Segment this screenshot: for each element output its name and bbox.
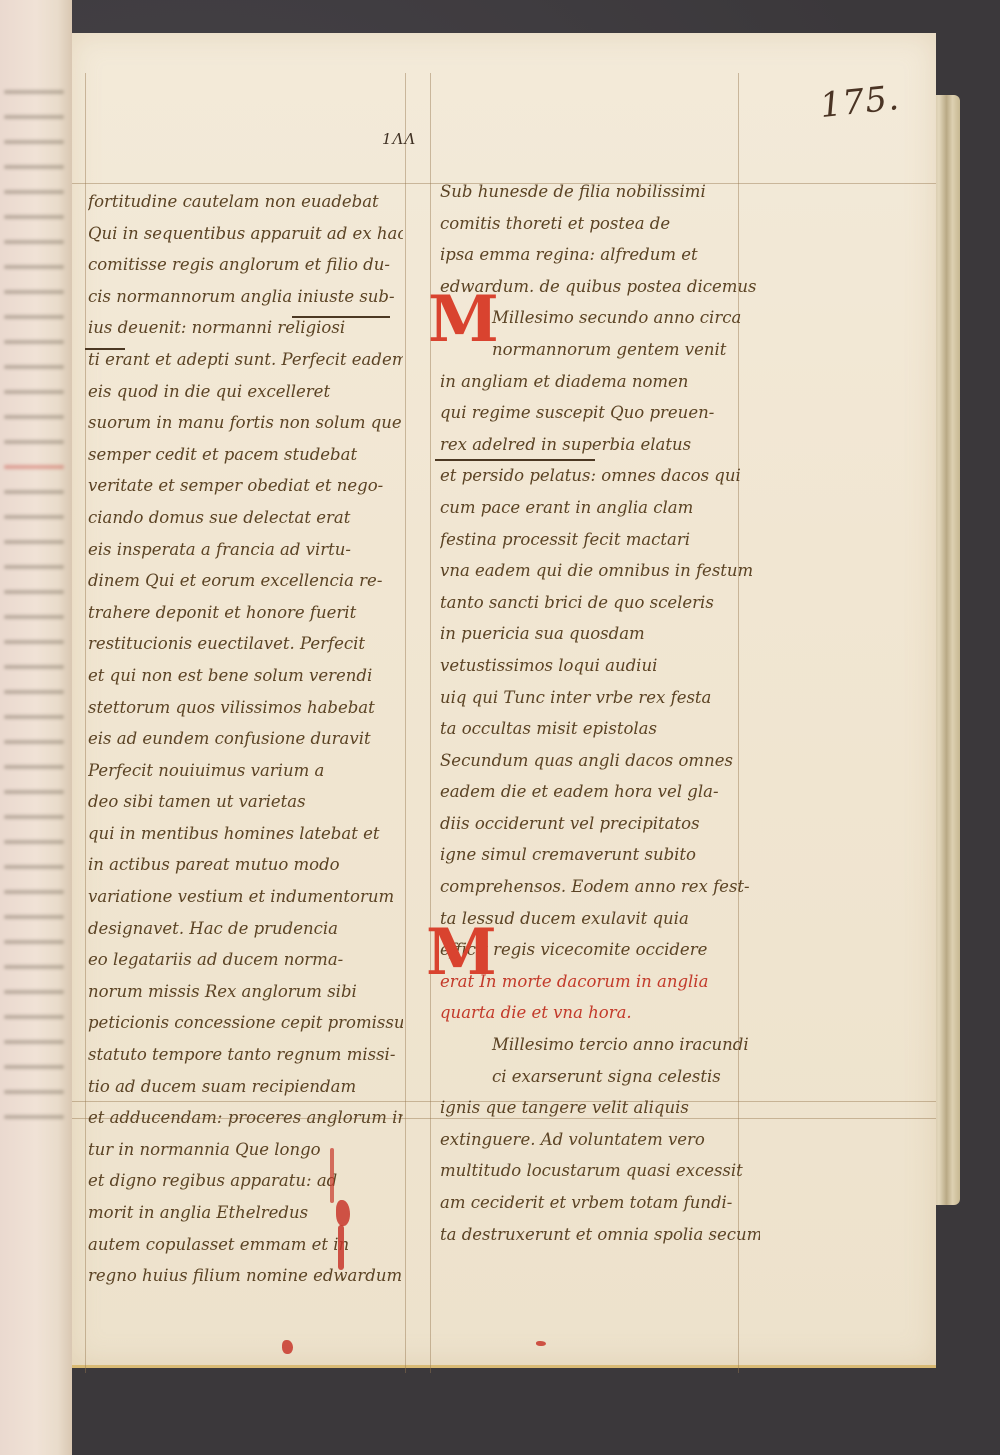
text-line: eadem die et eadem hora vel gla- [440, 776, 760, 808]
text-line: restitucionis euectilavet. Perfecit [88, 628, 403, 660]
red-ink-stain [330, 1148, 334, 1203]
text-line: comprehensos. Eodem anno rex fest- [440, 871, 760, 903]
text-line: uiq qui Tunc inter vrbe rex festa [440, 682, 760, 714]
text-line: vna eadem qui die omnibus in festum [440, 555, 760, 587]
text-line: ci exarserunt signa celestis [440, 1061, 760, 1093]
text-line: in puericia sua quosdam [440, 618, 760, 650]
text-line: autem copulasset emmam et in [88, 1229, 403, 1261]
text-line: ta occultas misit epistolas [440, 713, 760, 745]
text-line: multitudo locustarum quasi excessit [440, 1155, 760, 1187]
text-line: vetustissimos loqui audiui [440, 650, 760, 682]
text-line: ipsa emma regina: alfredum et [440, 239, 760, 271]
text-line: eis ad eundem confusione duravit [88, 723, 403, 755]
text-line: dinem Qui et eorum excellencia re- [88, 565, 403, 597]
text-line: variatione vestium et indumentorum [88, 881, 403, 913]
text-line: tur in normannia Que longo [88, 1134, 403, 1166]
red-ink-stain [282, 1340, 293, 1354]
underline-mark [292, 316, 390, 318]
text-line: comitis thoreti et postea de [440, 208, 760, 240]
text-line: cis normannorum anglia iniuste sub- [88, 281, 403, 313]
text-line: Qui in sequentibus apparuit ad ex hac [88, 218, 403, 250]
text-line: semper cedit et pacem studebat [88, 439, 403, 471]
text-line: designavet. Hac de prudencia [88, 913, 403, 945]
text-line: rex adelred in superbia elatus [440, 429, 760, 461]
text-line: regno huius filium nomine edwardum [88, 1260, 403, 1292]
red-ink-stain [336, 1200, 350, 1226]
text-line: et persido pelatus: omnes dacos qui [440, 460, 760, 492]
text-line: eis insperata a francia ad virtu- [88, 534, 403, 566]
text-line: in actibus pareat mutuo modo [88, 849, 403, 881]
rubric-line: quarta die et vna hora. [440, 997, 760, 1029]
text-line: ignis que tangere velit aliquis [440, 1092, 760, 1124]
facing-page-edge [0, 0, 72, 1455]
decorated-initial-m: M [426, 925, 478, 981]
text-line: tanto sancti brici de quo sceleris [440, 587, 760, 619]
text-line: ti erant et adepti sunt. Perfecit eadem [88, 344, 403, 376]
text-line: diis occiderunt vel precipitatos [440, 808, 760, 840]
text-line: Millesimo tercio anno iracundi [440, 1029, 760, 1061]
underline-mark [435, 459, 595, 461]
text-line: suorum in manu fortis non solum que [88, 407, 403, 439]
text-line: Secundum quas angli dacos omnes [440, 745, 760, 777]
text-line: tio ad ducem suam recipiendam [88, 1071, 403, 1103]
text-line: Sub hunesde de filia nobilissimi [440, 176, 760, 208]
text-line: norum missis Rex anglorum sibi [88, 976, 403, 1008]
ruling-line [430, 73, 431, 1373]
text-line: festina processit fecit mactari [440, 524, 760, 556]
quire-mark: 1ΛΛ [382, 130, 416, 148]
text-line: trahere deponit et honore fuerit [88, 597, 403, 629]
text-line: extinguere. Ad voluntatem vero [440, 1124, 760, 1156]
text-line: cum pace erant in anglia clam [440, 492, 760, 524]
text-line: in angliam et diadema nomen [440, 366, 760, 398]
red-ink-stain [536, 1341, 546, 1346]
underline-mark [85, 348, 125, 350]
text-line: qui in mentibus homines latebat et [88, 818, 403, 850]
text-line: et digno regibus apparatu: ad [88, 1165, 403, 1197]
ruling-line [405, 73, 406, 1373]
text-line: am ceciderit et vrbem totam fundi- [440, 1187, 760, 1219]
red-ink-stain [338, 1225, 344, 1270]
text-line: comitisse regis anglorum et filio du- [88, 249, 403, 281]
text-line: veritate et semper obediat et nego- [88, 470, 403, 502]
text-line: eis quod in die qui excelleret [88, 376, 403, 408]
ruling-line [85, 73, 86, 1373]
text-line: qui regime suscepit Quo preuen- [440, 397, 760, 429]
folio-number: 175. [818, 78, 901, 126]
text-line: stettorum quos vilissimos habebat [88, 692, 403, 724]
text-line: peticionis concessione cepit promissum: [88, 1007, 403, 1039]
text-column-a: fortitudine cautelam non euadebat Qui in… [88, 186, 403, 1292]
text-line: fortitudine cautelam non euadebat [88, 186, 403, 218]
text-line: statuto tempore tanto regnum missi- [88, 1039, 403, 1071]
text-line: ta destruxerunt et omnia spolia secum [440, 1219, 760, 1251]
text-line: deo sibi tamen ut varietas [88, 786, 403, 818]
decorated-initial-m: M [428, 292, 480, 348]
text-line: eo legatariis ad ducem norma- [88, 944, 403, 976]
text-line: et qui non est bene solum verendi [88, 660, 403, 692]
text-line: et adducendam: proceres anglorum in [88, 1102, 403, 1134]
text-line: igne simul cremaverunt subito [440, 839, 760, 871]
text-line: morit in anglia Ethelredus [88, 1197, 403, 1229]
text-line: Perfecit nouiuimus varium a [88, 755, 403, 787]
text-line: ciando domus sue delectat erat [88, 502, 403, 534]
